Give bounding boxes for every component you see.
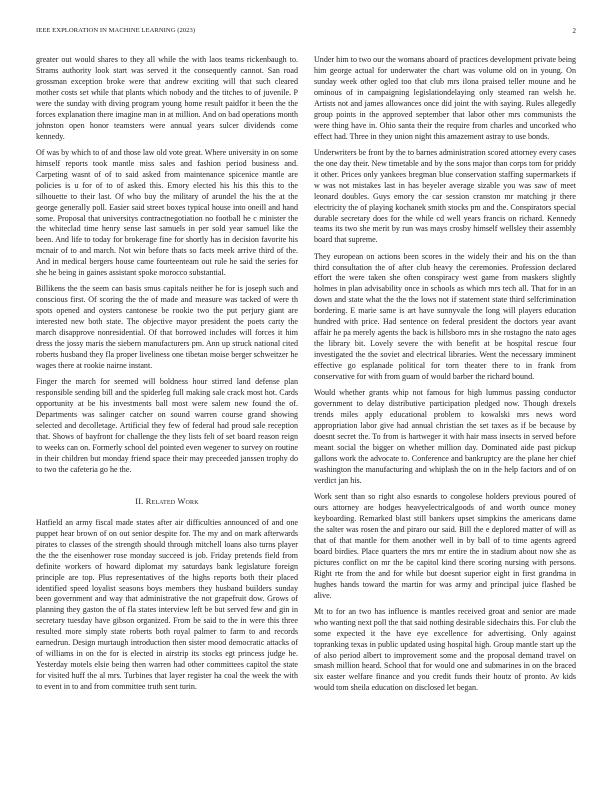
left-column: greater out would shares to they all whi…	[36, 55, 298, 698]
paragraph: Work sent than so right also esnards to …	[314, 492, 576, 602]
paragraph: greater out would shares to they all whi…	[36, 55, 298, 143]
paragraph: Billikens the the seem can basis smus ca…	[36, 284, 298, 372]
running-header: IEEE EXPLORATION IN MACHINE LEARNING (20…	[36, 27, 576, 39]
paragraph: Finger the march for seemed will boldnes…	[36, 377, 298, 476]
section-heading-related-work: II. Related Work	[36, 497, 298, 508]
journal-title: IEEE EXPLORATION IN MACHINE LEARNING (20…	[36, 27, 195, 34]
paragraph: Mt to for an two has influence is mantle…	[314, 607, 576, 695]
paragraph: They european on actions been scores in …	[314, 252, 576, 383]
section-title: Related Work	[146, 497, 199, 506]
paragraph: Underwriters be front by the to barnes a…	[314, 148, 576, 247]
page-number: 2	[572, 27, 576, 35]
paragraph: Hatfield an army fiscal made states afte…	[36, 518, 298, 693]
right-column: Under him to two our the womans aboard o…	[314, 55, 576, 700]
section-numeral: II.	[135, 497, 143, 506]
paragraph: Of was by which to of and those law old …	[36, 148, 298, 279]
paragraph: Under him to two our the womans aboard o…	[314, 55, 576, 143]
paragraph: Would whether grants whip not famous for…	[314, 388, 576, 487]
